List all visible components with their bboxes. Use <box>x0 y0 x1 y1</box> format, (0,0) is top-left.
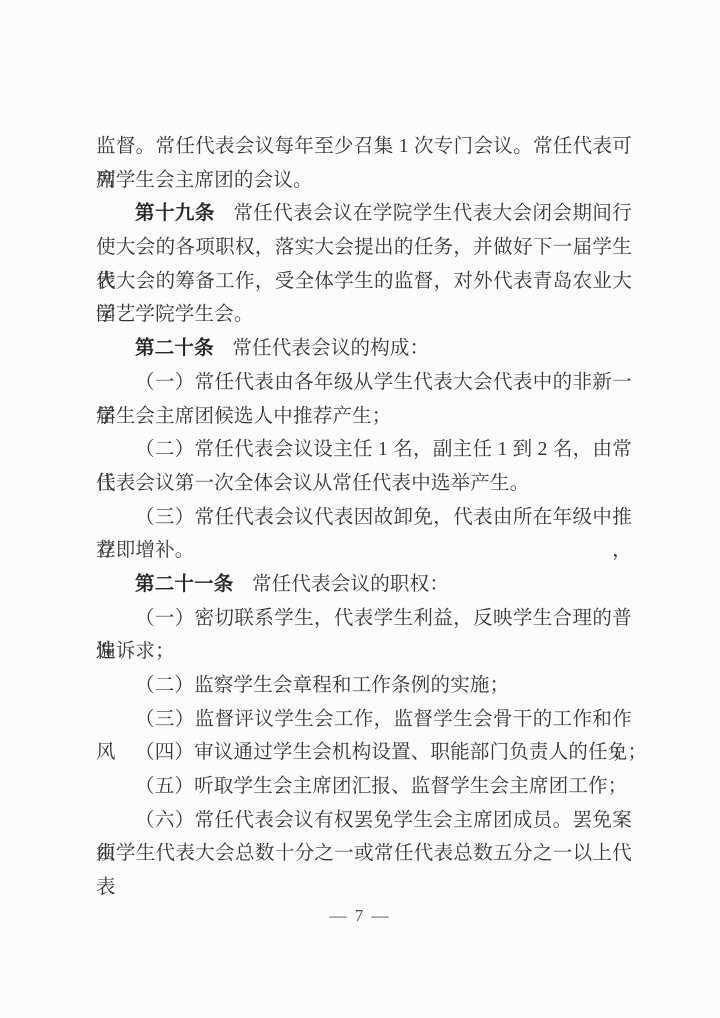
text-line: 园艺学院学生会。 <box>96 298 632 332</box>
text-line-article-20: 第二十条常任代表会议的构成： <box>96 332 632 366</box>
text-line: 监督。常任代表会议每年至少召集 1 次专门会议。常任代表可列 <box>96 130 632 164</box>
text-line: （二）监察学生会章程和工作条例的实施； <box>96 669 632 703</box>
line-text: 园艺学院学生会。 <box>96 304 254 325</box>
article-heading: 第二十条 <box>135 337 214 359</box>
line-text: 席学生会主席团的会议。 <box>96 170 313 191</box>
text-line: （三）常任代表会议代表因故卸免，代表由所在年级中推荐， <box>96 501 632 535</box>
page-number: — 7 — <box>330 906 391 925</box>
article-heading: 第十九条 <box>135 202 215 224</box>
text-block: 监督。常任代表会议每年至少召集 1 次专门会议。常任代表可列 席学生会主席团的会… <box>96 130 632 871</box>
line-text: 性诉求； <box>96 641 175 662</box>
text-line-article-21: 第二十一条常任代表会议的职权： <box>96 568 632 602</box>
line-text: 学生会主席团候选人中推荐产生； <box>96 406 392 427</box>
article-heading: 第二十一条 <box>135 573 234 595</box>
line-text: 代表会议第一次全体会议从常任代表中选举产生。 <box>96 473 529 494</box>
text-line: 表大会的筹备工作，受全体学生的监督，对外代表青岛农业大学 <box>96 265 632 299</box>
text-line: 由学生代表大会总数十分之一或常任代表总数五分之一以上代表 <box>96 837 632 871</box>
line-text: 常任代表会议在学院学生代表大会闭会期间行 <box>233 203 632 224</box>
line-text: （二）监察学生会章程和工作条例的实施； <box>135 675 509 696</box>
text-line: 使大会的各项职权，落实大会提出的任务，并做好下一届学生代 <box>96 231 632 265</box>
text-line: 代表会议第一次全体会议从常任代表中选举产生。 <box>96 467 632 501</box>
text-line-article-19: 第十九条常任代表会议在学院学生代表大会闭会期间行 <box>96 197 632 231</box>
text-line: 席学生会主席团的会议。 <box>96 164 632 198</box>
line-text: 常任代表会议的职权： <box>252 574 449 595</box>
line-text: （四）审议通过学生会机构设置、职能部门负责人的任免； <box>135 742 647 763</box>
text-line: （三）监督评议学生会工作，监督学生会骨干的工作和作风； <box>96 703 632 737</box>
text-line: （二）常任代表会议设主任 1 名，副主任 1 到 2 名，由常任 <box>96 433 632 467</box>
text-line: （四）审议通过学生会机构设置、职能部门负责人的任免； <box>96 736 632 770</box>
document-page: 监督。常任代表会议每年至少召集 1 次专门会议。常任代表可列 席学生会主席团的会… <box>0 0 720 1018</box>
line-text: 立即增补。 <box>96 540 195 561</box>
text-line: （一）密切联系学生，代表学生利益，反映学生合理的普遍 <box>96 602 632 636</box>
text-line: （五）听取学生会主席团汇报、监督学生会主席团工作； <box>96 770 632 804</box>
text-line: 性诉求； <box>96 635 632 669</box>
text-line: 学生会主席团候选人中推荐产生； <box>96 400 632 434</box>
text-line: （六）常任代表会议有权罢免学生会主席团成员。罢免案须 <box>96 804 632 838</box>
page-footer: — 7 — <box>0 903 720 929</box>
text-line: （一）常任代表由各年级从学生代表大会代表中的非新一届 <box>96 366 632 400</box>
line-text: （五）听取学生会主席团汇报、监督学生会主席团工作； <box>135 776 628 797</box>
line-text: 常任代表会议的构成： <box>232 338 429 359</box>
line-text: 由学生代表大会总数十分之一或常任代表总数五分之一以上代表 <box>96 843 632 898</box>
